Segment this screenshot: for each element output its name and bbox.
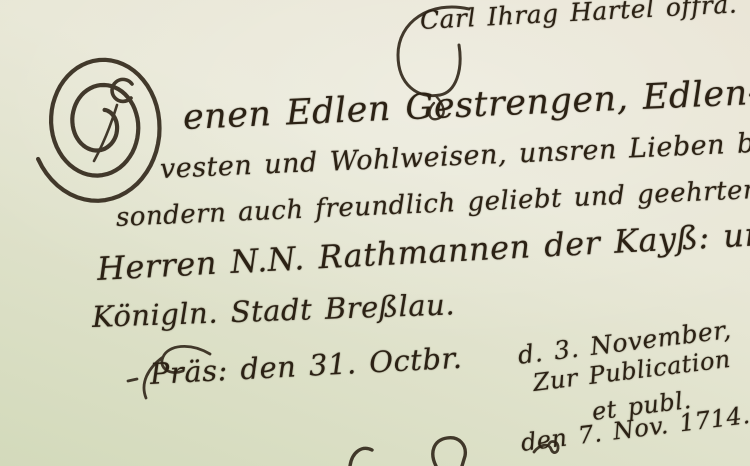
bottom-partial-stroke-2 xyxy=(433,438,465,466)
initial-spiral xyxy=(38,60,159,201)
initial-stroke xyxy=(94,105,117,161)
manuscript-photo: Carl Ihrag Hartel offra. enen Edlen Gest… xyxy=(0,0,750,466)
bottom-partial-stroke-1 xyxy=(350,448,372,466)
